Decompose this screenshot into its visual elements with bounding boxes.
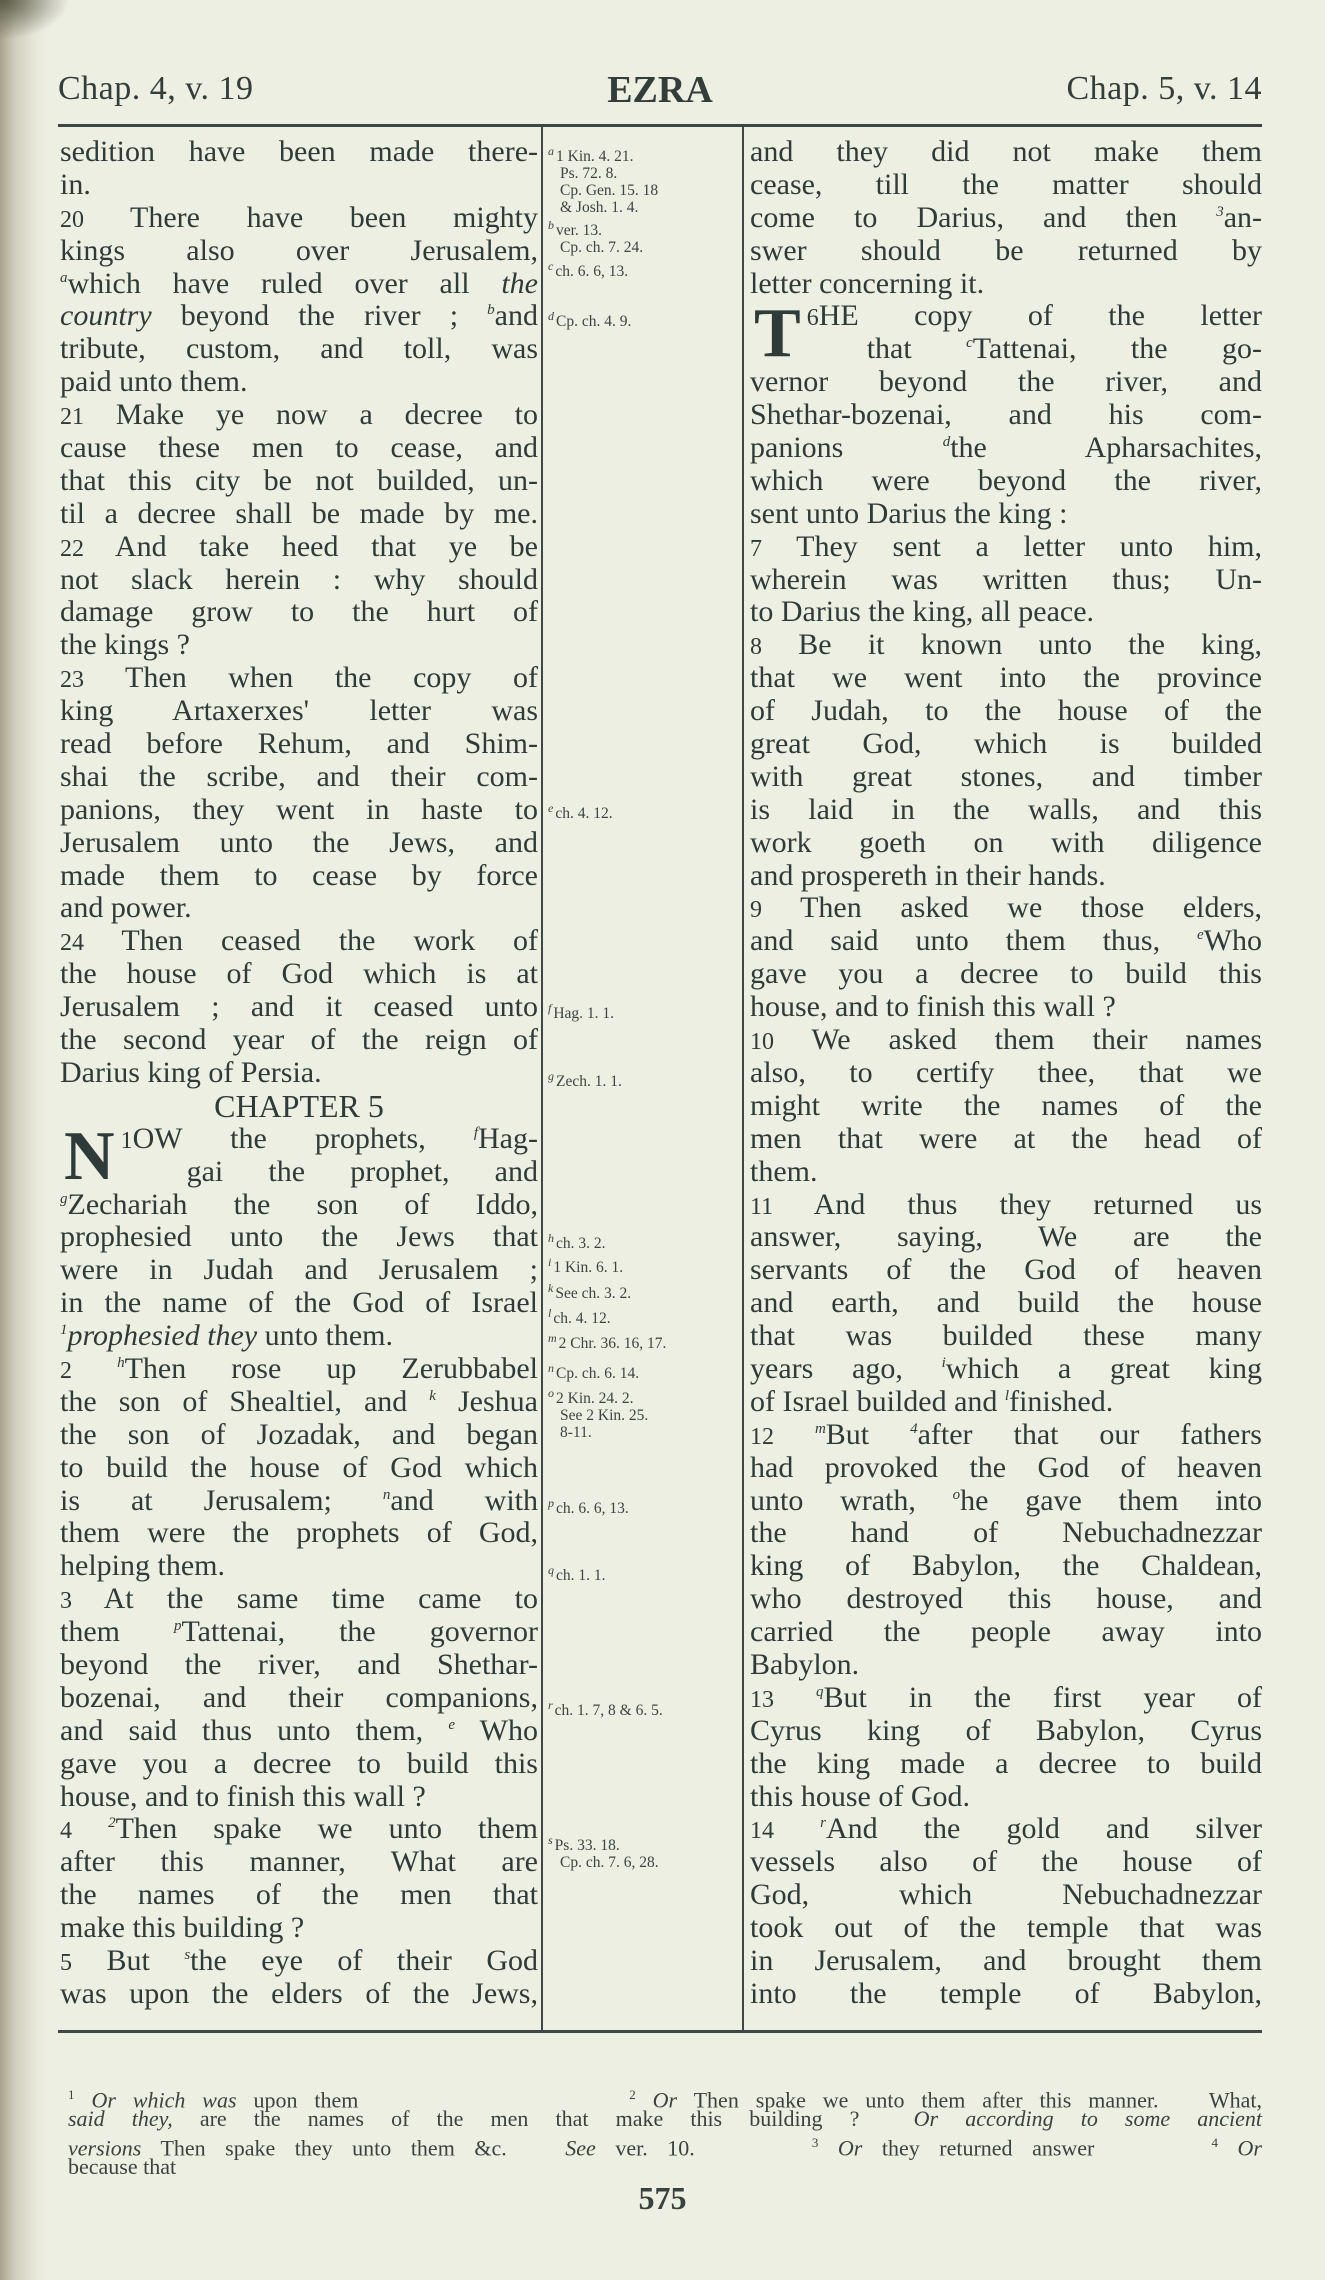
margin-reference: i1 Kin. 6. 1. [548, 1254, 623, 1276]
text-line: country beyond the river ; band [60, 300, 538, 333]
verse-number: 13 [750, 1687, 774, 1713]
text-run: the son of Shealtiel, and [60, 1386, 429, 1418]
cross-reference-marker: m [815, 1421, 826, 1437]
page-gutter-shadow [0, 0, 48, 2280]
text-run: king Artaxerxes' letter was [60, 695, 538, 727]
text-run: Then spake we unto them [116, 1813, 538, 1845]
margin-reference: lch. 4. 12. [548, 1305, 611, 1327]
text-run: And thus they returned us [773, 1189, 1262, 1221]
margin-reference: pch. 6. 6, 13. [548, 1495, 629, 1517]
text-line: gave you a decree to build this [750, 958, 1262, 991]
text-line: and power. [60, 892, 538, 925]
footnote-line: versions Then spake they unto them &c. S… [68, 2131, 1262, 2155]
text-line: the second year of the reign of [60, 1024, 538, 1057]
text-line: Jerusalem ; and it ceased unto [60, 991, 538, 1024]
text-run: Darius king of Persia. [60, 1057, 322, 1089]
text-run: and with [390, 1485, 538, 1517]
text-line: the kings ? [60, 629, 538, 662]
reference-text: Zech. 1. 1. [556, 1073, 622, 1090]
left-text-column: sedition have been made there-in.20 Ther… [60, 136, 538, 2011]
text-run: great God, which is builded [750, 728, 1262, 760]
verse-number: 9 [750, 897, 762, 923]
reference-text: Hag. 1. 1. [553, 1005, 614, 1022]
reference-text: 2 Chr. 36. 16, 17. [559, 1335, 667, 1352]
text-line: great God, which is builded [750, 728, 1262, 761]
reference-text: 8-11. [548, 1424, 648, 1441]
text-run: paid unto them. [60, 366, 247, 398]
text-run: was upon the elders of the Jews, [60, 1978, 538, 2010]
margin-reference: nCp. ch. 6. 14. [548, 1360, 639, 1382]
text-line: shai the scribe, and their com- [60, 761, 538, 794]
text-run: Make ye now a decree to [84, 399, 538, 431]
text-run: the king made a decree to build [750, 1748, 1262, 1780]
chapter-heading: CHAPTER 5 [60, 1090, 538, 1123]
text-line: work goeth on with diligence [750, 827, 1262, 860]
text-line: 7 They sent a letter unto him, [750, 531, 1262, 564]
text-run: the Apharsachites, [950, 432, 1262, 464]
text-run: that we went into the province [750, 662, 1262, 694]
text-run: Jerusalem ; and it ceased unto [60, 991, 538, 1023]
text-line: men that were at the head of [750, 1123, 1262, 1156]
text-run: that this city be not builded, un- [60, 465, 538, 497]
text-line: kings also over Jerusalem, [60, 235, 538, 268]
margin-reference: fHag. 1. 1. [548, 1000, 614, 1022]
text-run: answer, saying, We are the [750, 1221, 1262, 1253]
reference-key: l [548, 1306, 551, 1320]
text-line: beyond the river, and Shethar- [60, 1649, 538, 1682]
text-run: in the name of the God of Israel [60, 1287, 538, 1319]
text-line: and earth, and build the house [750, 1287, 1262, 1320]
verse-number: 14 [750, 1818, 774, 1844]
text-line: bozenai, and their companions, [60, 1682, 538, 1715]
verse-number: 23 [60, 667, 84, 693]
text-line: the king made a decree to build [750, 1748, 1262, 1781]
text-line: in Jerusalem, and brought them [750, 1945, 1262, 1978]
text-line: is laid in the walls, and this [750, 794, 1262, 827]
italic-text: See [565, 2135, 596, 2160]
text-line: them were the prophets of God, [60, 1517, 538, 1550]
footnote-rule [58, 2030, 1262, 2033]
reference-text: See 2 Kin. 25. [548, 1407, 648, 1424]
text-run: are the names of the men that make this … [173, 2106, 914, 2131]
text-run: the second year of the reign of [60, 1024, 538, 1056]
text-line: swer should be returned by [750, 235, 1262, 268]
reference-key: n [548, 1361, 554, 1375]
reference-text: Cp. ch. 7. 6, 28. [548, 1854, 659, 1871]
margin-reference: a1 Kin. 4. 21.Ps. 72. 8.Cp. Gen. 15. 18&… [548, 143, 658, 216]
italic-text: Or [1238, 2135, 1262, 2160]
text-run: an- [1224, 202, 1262, 234]
text-run: Be it known unto the king, [762, 629, 1262, 661]
text-run: They sent a letter unto him, [762, 531, 1262, 563]
text-run: God, which Nebuchadnezzar [750, 1879, 1262, 1911]
text-line: til a decree shall be made by me. [60, 498, 538, 531]
text-line: cease, till the matter should [750, 169, 1262, 202]
text-line: unto wrath, ohe gave them into [750, 1485, 1262, 1518]
reference-text: ch. 6. 6, 13. [555, 263, 628, 280]
reference-text: ch. 1. 1. [556, 1567, 606, 1584]
verse-number: 8 [750, 634, 762, 660]
text-run [72, 1353, 117, 1385]
text-run: And take heed that ye be [84, 531, 538, 563]
text-run: to build the house of God which [60, 1452, 538, 1484]
text-run: house, and to finish this wall ? [60, 1781, 426, 1813]
reference-text: Cp. ch. 7. 24. [548, 239, 643, 256]
text-line: and said unto them thus, eWho [750, 925, 1262, 958]
text-line: were in Judah and Jerusalem ; [60, 1254, 538, 1287]
text-line: 3 At the same time came to [60, 1583, 538, 1616]
text-line: sent unto Darius the king : [750, 498, 1262, 531]
text-line: read before Rehum, and Shim- [60, 728, 538, 761]
text-line: them pTattenai, the governor [60, 1616, 538, 1649]
text-run: Zechariah the son of Iddo, [68, 1189, 539, 1221]
column-divider-right [742, 126, 744, 2030]
text-run: Then spake they unto them &c. [141, 2135, 565, 2160]
reference-key: i [548, 1255, 551, 1269]
text-line: years ago, iwhich a great king [750, 1353, 1262, 1386]
text-line: 8 Be it known unto the king, [750, 629, 1262, 662]
reference-text: Cp. ch. 6. 14. [556, 1365, 639, 1382]
text-run: and power. [60, 892, 192, 924]
text-line: the house of God which is at [60, 958, 538, 991]
text-line: 1prophesied they unto them. [60, 1320, 538, 1353]
text-run: shai the scribe, and their com- [60, 761, 538, 793]
text-run: damage grow to the hurt of [60, 596, 538, 628]
verse-number: 24 [60, 930, 84, 956]
text-run: king of Babylon, the Chaldean, [750, 1550, 1262, 1582]
text-run [818, 2135, 838, 2160]
running-header: Chap. 4, v. 19 EZRA Chap. 5, v. 14 [58, 62, 1262, 122]
text-run: CHAPTER 5 [214, 1090, 384, 1123]
text-run: panions [750, 432, 943, 464]
margin-reference: dCp. ch. 4. 9. [548, 308, 631, 330]
text-line: took out of the temple that was [750, 1912, 1262, 1945]
reference-text: Ps. 72. 8. [548, 165, 658, 182]
text-run: that [867, 333, 966, 365]
italic-text: Or [838, 2135, 862, 2160]
text-line: Cyrus king of Babylon, Cyrus [750, 1715, 1262, 1748]
text-line: tribute, custom, and toll, was [60, 333, 538, 366]
text-run: work goeth on with diligence [750, 827, 1262, 859]
reference-text: Cp. Gen. 15. 18 [548, 182, 658, 199]
text-line: 13 qBut in the first year of [750, 1682, 1262, 1715]
text-run: men that were at the head of [750, 1123, 1262, 1155]
verse-number: 21 [60, 404, 84, 430]
text-line: 22 And take heed that ye be [60, 531, 538, 564]
text-line: had provoked the God of heaven [750, 1452, 1262, 1485]
text-run: Tattenai, the governor [181, 1616, 538, 1648]
reference-text: ver. 13. [556, 222, 602, 239]
text-line: vessels also of the house of [750, 1846, 1262, 1879]
text-line: house, and to finish this wall ? [60, 1781, 538, 1814]
text-line: Babylon. [750, 1649, 1262, 1682]
column-divider-left [541, 126, 543, 2030]
text-line: cause these men to cease, and [60, 432, 538, 465]
reference-text: ch. 1. 7, 8 & 6. 5. [555, 1702, 663, 1719]
text-run: which have ruled over all [68, 268, 502, 300]
margin-reference: gZech. 1. 1. [548, 1068, 622, 1090]
text-line: the son of Shealtiel, and k Jeshua [60, 1386, 538, 1419]
text-run: and they did not make them [750, 136, 1262, 168]
italic-text: Or according to some ancient [914, 2106, 1262, 2131]
text-line: letter concerning it. [750, 268, 1262, 301]
text-run: and said thus unto them, [60, 1715, 448, 1747]
reference-key: o [548, 1386, 554, 1400]
text-line: panions, they went in haste to [60, 794, 538, 827]
verse-number: 2 [60, 1358, 72, 1384]
verse-number: 7 [750, 536, 762, 562]
text-line: the hand of Nebuchadnezzar [750, 1517, 1262, 1550]
text-run: beyond the river ; [152, 300, 488, 332]
text-run: Then rose up Zerubbabel [125, 1353, 538, 1385]
text-run: There have been mighty [84, 202, 538, 234]
margin-reference: cch. 6. 6, 13. [548, 258, 628, 280]
text-line: damage grow to the hurt of [60, 596, 538, 629]
text-line: 5 But sthe eye of their God [60, 1945, 538, 1978]
reference-key: a [548, 144, 554, 158]
text-run: which a great king [946, 1353, 1262, 1385]
text-line: to Darius the king, all peace. [750, 596, 1262, 629]
right-text-column: and they did not make themcease, till th… [750, 136, 1262, 2011]
margin-reference: rch. 1. 7, 8 & 6. 5. [548, 1697, 663, 1719]
text-run [1218, 2135, 1238, 2160]
text-run: Hag- [478, 1122, 538, 1155]
text-line: who destroyed this house, and [750, 1583, 1262, 1616]
footnote-line: 1 Or which was upon them 2 Or Then spake… [68, 2083, 1262, 2107]
text-line: of Israel builded and lfinished. [750, 1386, 1262, 1419]
text-line: panions dthe Apharsachites, [750, 432, 1262, 465]
reference-key: c [548, 259, 553, 273]
cross-reference-marker: q [816, 1684, 824, 1700]
text-line: in. [60, 169, 538, 202]
text-line: 24 Then ceased the work of [60, 925, 538, 958]
text-run: Then when the copy of [84, 662, 538, 694]
cross-reference-marker: h [117, 1355, 125, 1371]
italic-text: the [501, 268, 538, 300]
text-run: after this manner, What are [60, 1846, 538, 1878]
text-run: sedition have been made there- [60, 136, 538, 168]
text-line: servants of the God of heaven [750, 1254, 1262, 1287]
text-line: 21 Make ye now a decree to [60, 399, 538, 432]
text-run: who destroyed this house, and [750, 1583, 1262, 1615]
text-run: not slack herein : why should [60, 564, 538, 596]
text-run: panions, they went in haste to [60, 794, 538, 826]
cross-reference-marker: 4 [910, 1421, 918, 1437]
text-run: OW the prophets, [133, 1122, 474, 1155]
text-line: and they did not make them [750, 136, 1262, 169]
text-run [774, 1419, 815, 1451]
cross-reference-marker: 3 [1216, 204, 1224, 220]
text-line: make this building ? [60, 1912, 538, 1945]
text-line: 11 And thus they returned us [750, 1189, 1262, 1222]
text-line: not slack herein : why should [60, 564, 538, 597]
text-line: paid unto them. [60, 366, 538, 399]
text-run: wherein was written thus; Un- [750, 564, 1262, 596]
text-line: Shethar-bozenai, and his com- [750, 399, 1262, 432]
text-run: unto wrath, [750, 1485, 953, 1517]
reference-text: Ps. 33. 18. [555, 1837, 620, 1854]
text-line: that we went into the province [750, 662, 1262, 695]
reference-key: k [548, 1281, 553, 1295]
text-run: and prospereth in their hands. [750, 860, 1106, 892]
text-line: 4 2Then spake we unto them [60, 1813, 538, 1846]
text-line: Darius king of Persia. [60, 1057, 538, 1090]
verse-number: 6 [807, 305, 819, 331]
text-line: to build the house of God which [60, 1452, 538, 1485]
text-run: and earth, and build the house [750, 1287, 1262, 1319]
text-run: tribute, custom, and toll, was [60, 333, 538, 365]
reference-text: ch. 4. 12. [553, 1310, 610, 1327]
text-run: with great stones, and timber [750, 761, 1262, 793]
header-rule [58, 124, 1262, 127]
text-run: that was builded these many [750, 1320, 1262, 1352]
text-line: after this manner, What are [60, 1846, 538, 1879]
text-run: gave you a decree to build this [750, 958, 1262, 990]
text-run: We asked them their names [774, 1024, 1262, 1056]
verse-number: 1 [121, 1128, 133, 1154]
text-run: But [826, 1419, 910, 1451]
text-line: is at Jerusalem; nand with [60, 1485, 538, 1518]
text-line: that was builded these many [750, 1320, 1262, 1353]
text-run: them [60, 1616, 174, 1648]
text-line: 20 There have been mighty [60, 202, 538, 235]
text-run: made them to cease by force [60, 860, 538, 892]
text-line: wherein was written thus; Un- [750, 564, 1262, 597]
text-run: beyond the river, and Shethar- [60, 1649, 538, 1681]
text-run: swer should be returned by [750, 235, 1262, 267]
text-run: into the temple of Babylon, [750, 1978, 1262, 2010]
text-line: king Artaxerxes' letter was [60, 695, 538, 728]
text-run: Babylon. [750, 1649, 859, 1681]
text-run: Then asked we those elders, [762, 892, 1262, 924]
text-run: helping them. [60, 1550, 225, 1582]
text-line: prophesied unto the Jews that [60, 1221, 538, 1254]
text-run: vernor beyond the river, and [750, 366, 1262, 398]
text-line: answer, saying, We are the [750, 1221, 1262, 1254]
text-line: come to Darius, and then 3an- [750, 202, 1262, 235]
verse-number: 20 [60, 207, 84, 233]
text-line: 23 Then when the copy of [60, 662, 538, 695]
reference-text: 1 Kin. 4. 21. [556, 148, 634, 165]
verse-number: 10 [750, 1029, 774, 1055]
text-run: in. [60, 169, 91, 201]
text-run: the house of God which is at [60, 958, 538, 990]
cross-reference-marker: b [487, 302, 495, 318]
reference-text: See ch. 3. 2. [555, 1285, 631, 1302]
text-line: might write the names of the [750, 1090, 1262, 1123]
verse-number: 4 [60, 1818, 72, 1844]
text-line: house, and to finish this wall ? [750, 991, 1262, 1024]
text-line: them. [750, 1156, 1262, 1189]
text-run: is at Jerusalem; [60, 1485, 383, 1517]
reference-text: ch. 4. 12. [555, 805, 612, 822]
drop-cap-initial: T [754, 304, 801, 364]
cross-reference-marker: g [60, 1191, 68, 1207]
text-line: into the temple of Babylon, [750, 1978, 1262, 2011]
reference-text: & Josh. 1. 4. [548, 199, 658, 216]
text-line: with great stones, and timber [750, 761, 1262, 794]
footnote-line: said they, are the names of the men that… [68, 2107, 1262, 2131]
margin-reference: kSee ch. 3. 2. [548, 1280, 631, 1302]
text-line: sedition have been made there- [60, 136, 538, 169]
margin-reference: bver. 13.Cp. ch. 7. 24. [548, 217, 643, 256]
text-line: this house of God. [750, 1781, 1262, 1814]
text-line: and prospereth in their hands. [750, 860, 1262, 893]
text-run: HE copy of the letter [819, 299, 1262, 332]
text-run: them were the prophets of God, [60, 1517, 538, 1549]
margin-reference: sPs. 33. 18.Cp. ch. 7. 6, 28. [548, 1832, 659, 1871]
text-run: which were beyond the river, [750, 465, 1262, 497]
reference-key: r [548, 1698, 553, 1712]
text-line: 2 hThen rose up Zerubbabel [60, 1353, 538, 1386]
text-run: the names of the men that [60, 1879, 538, 1911]
text-run: might write the names of the [750, 1090, 1262, 1122]
text-run: they returned answer [862, 2135, 1211, 2160]
reference-text: Cp. ch. 4. 9. [556, 313, 631, 330]
text-line: also, to certify thee, that we [750, 1057, 1262, 1090]
text-line: helping them. [60, 1550, 538, 1583]
text-run: to Darius the king, all peace. [750, 596, 1094, 628]
text-run: Tattenai, the go- [973, 333, 1262, 365]
text-run: in Jerusalem, and brought them [750, 1945, 1262, 1977]
text-line: 1NOW the prophets, fHag- [60, 1123, 538, 1156]
reference-text: 2 Kin. 24. 2. [556, 1390, 634, 1407]
reference-key: f [548, 1001, 551, 1015]
text-run: he gave them into [960, 1485, 1262, 1517]
text-run: finished. [1009, 1386, 1113, 1418]
reference-key: s [548, 1833, 553, 1847]
text-run: and [495, 300, 538, 332]
text-run: gave you a decree to build this [60, 1748, 538, 1780]
footnotes: 1 Or which was upon them 2 Or Then spake… [68, 2083, 1262, 2179]
text-line: king of Babylon, the Chaldean, [750, 1550, 1262, 1583]
text-run: after that our fathers [918, 1419, 1262, 1451]
text-run: Cyrus king of Babylon, Cyrus [750, 1715, 1262, 1747]
text-line: and said thus unto them, e Who [60, 1715, 538, 1748]
text-run: make this building ? [60, 1912, 304, 1944]
text-run: house, and to finish this wall ? [750, 991, 1116, 1023]
text-line: 14 rAnd the gold and silver [750, 1813, 1262, 1846]
page-corner-shadow [0, 0, 70, 40]
reference-key: g [548, 1069, 554, 1083]
text-run: the eye of their God [190, 1945, 538, 1977]
cross-reference-marker: k [429, 1388, 436, 1404]
cross-reference-marker: a [60, 270, 68, 286]
italic-text: country [60, 300, 152, 332]
text-line: that cTattenai, the go- [807, 333, 1262, 366]
text-run: the kings ? [60, 629, 190, 661]
text-run [72, 1813, 108, 1845]
text-line: of Judah, to the house of the [750, 695, 1262, 728]
reference-key: p [548, 1496, 554, 1510]
text-run: of Judah, to the house of the [750, 695, 1262, 727]
text-line: God, which Nebuchadnezzar [750, 1879, 1262, 1912]
text-run: Jeshua [436, 1386, 538, 1418]
reference-text: ch. 6. 6, 13. [556, 1500, 629, 1517]
text-run: prophesied unto the Jews that [60, 1221, 538, 1253]
reference-key: e [548, 801, 553, 815]
text-line: which were beyond the river, [750, 465, 1262, 498]
text-run: is laid in the walls, and this [750, 794, 1262, 826]
text-run: til a decree shall be made by me. [60, 498, 538, 530]
verse-number: 3 [60, 1588, 72, 1614]
text-run: years ago, [750, 1353, 942, 1385]
text-run: this house of God. [750, 1781, 970, 1813]
italic-text: prophesied they [68, 1320, 258, 1352]
text-line: the son of Jozadak, and began [60, 1419, 538, 1452]
text-run: But in the first year of [824, 1682, 1262, 1714]
margin-reference: o2 Kin. 24. 2.See 2 Kin. 25.8-11. [548, 1385, 648, 1441]
